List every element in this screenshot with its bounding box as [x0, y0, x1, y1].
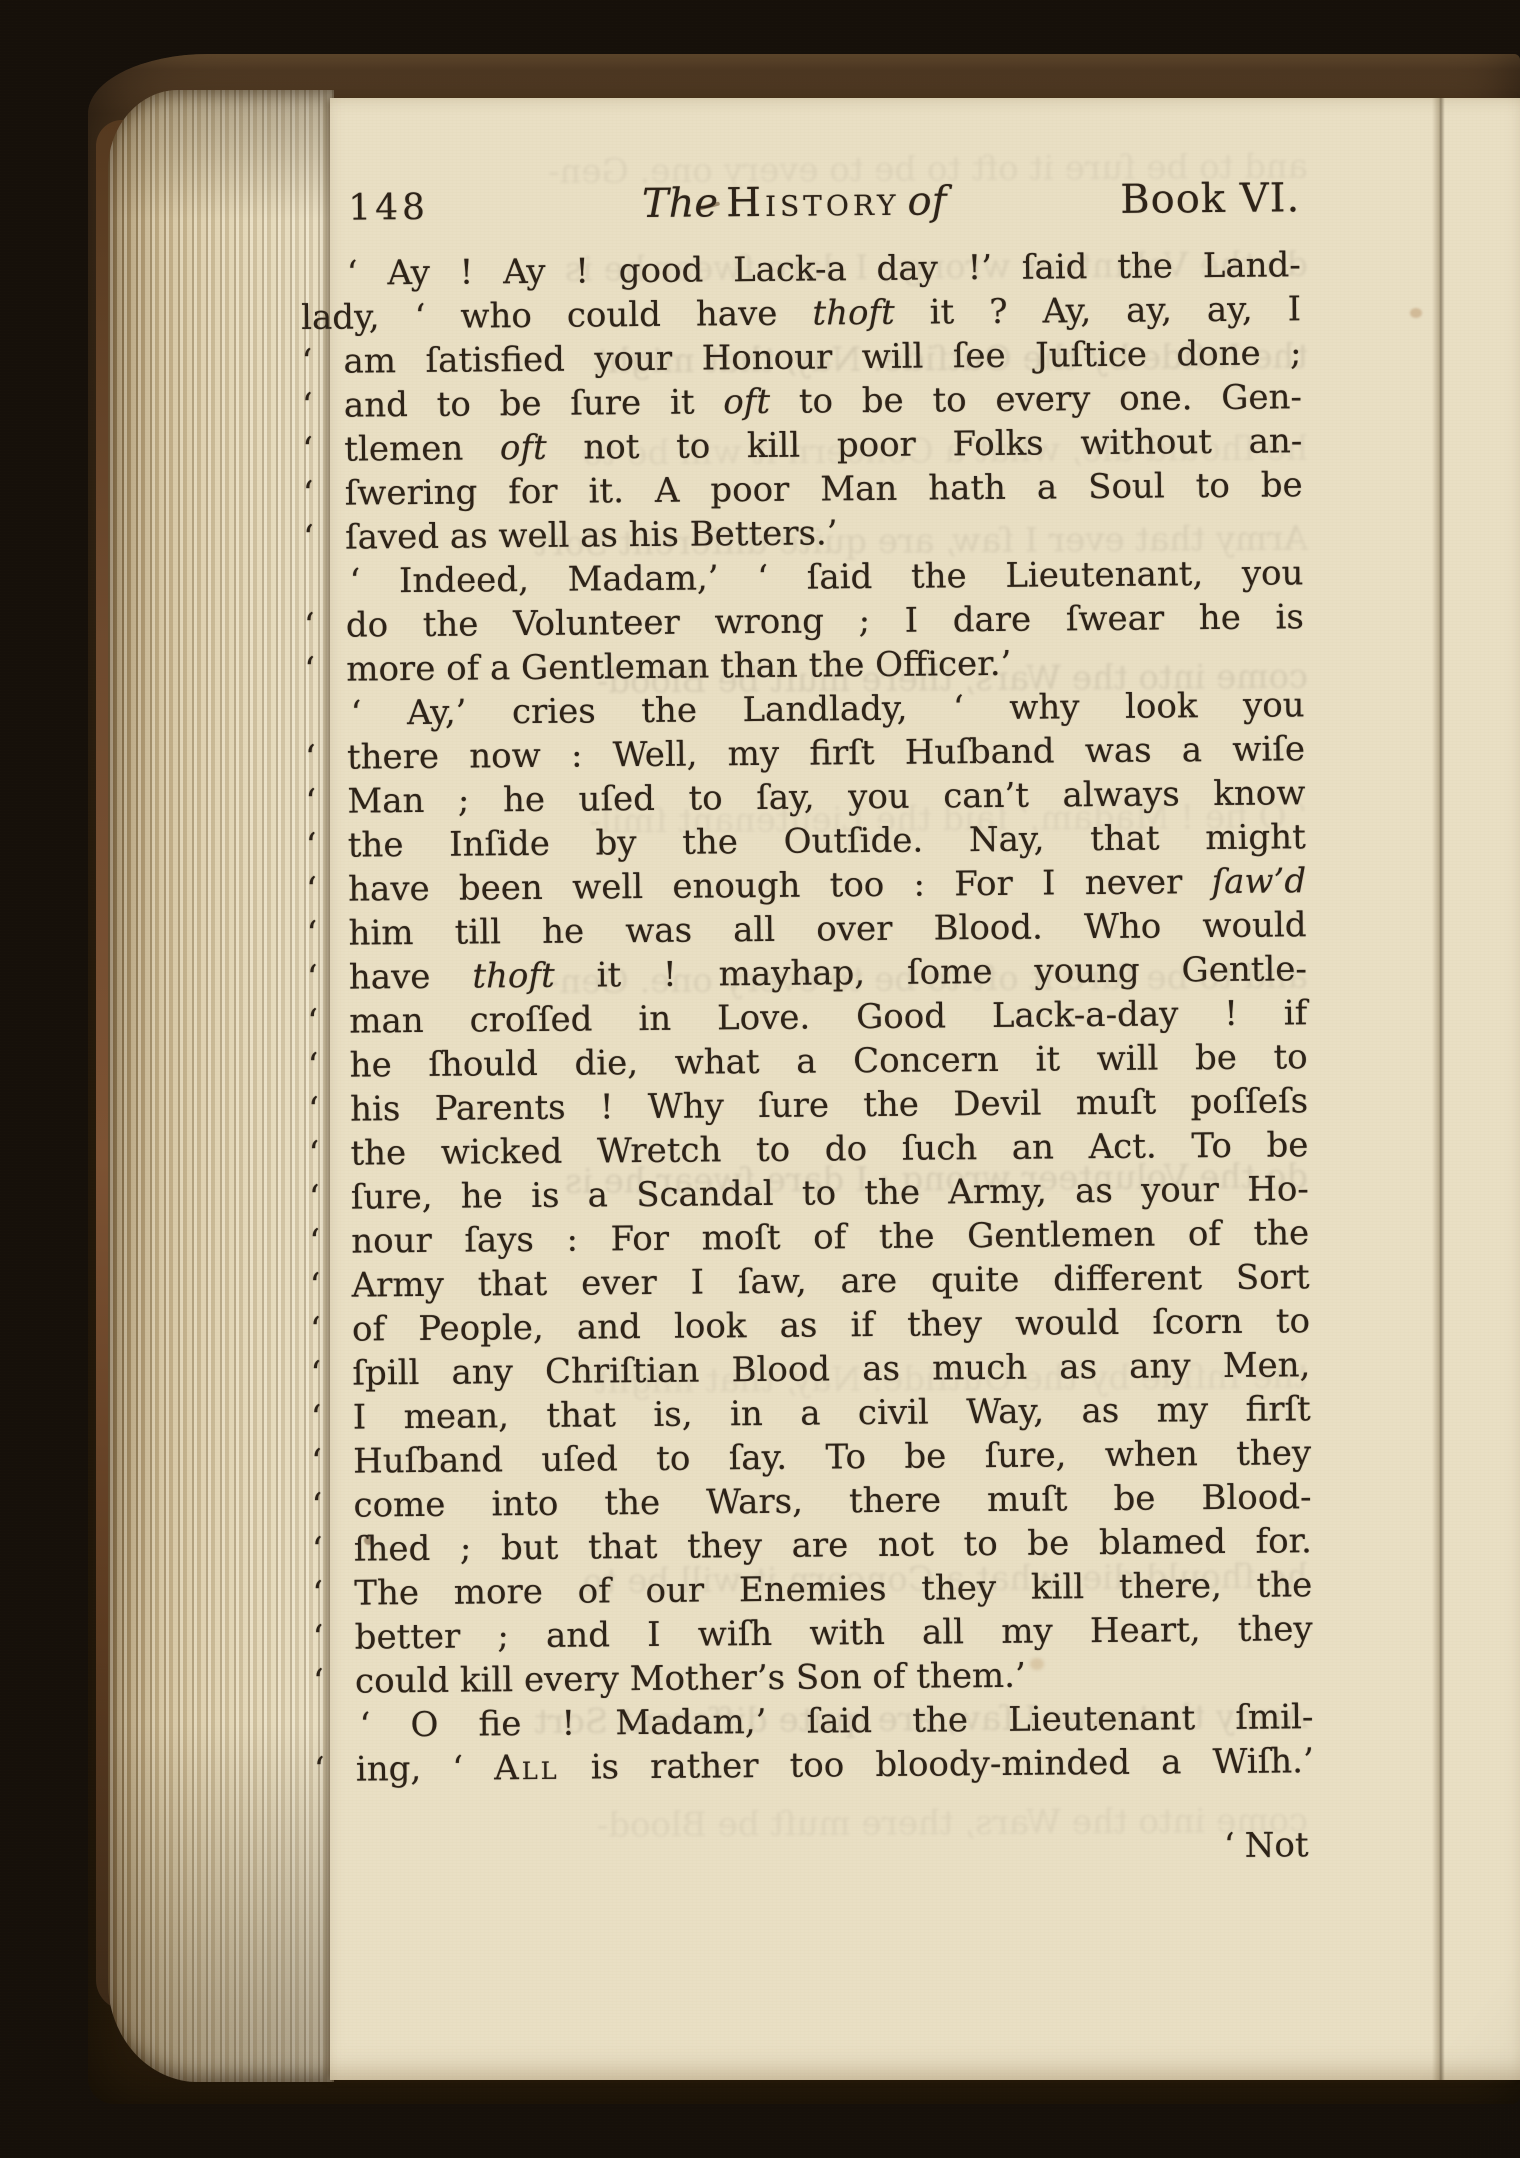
margin-quote-mark: ‘ [311, 1396, 353, 1440]
margin-quote-mark: ‘ [303, 472, 345, 516]
running-title: TheHistoryof [498, 175, 1090, 230]
running-title-the: The [642, 180, 719, 227]
margin-quote-mark: ‘ [311, 1440, 353, 1484]
page-text: 148 TheHistoryof Book VI. ‘ Ay ! Ay ! go… [300, 173, 1315, 1876]
margin-quote-mark: ‘ [310, 1308, 352, 1352]
margin-quote-mark: ‘ [306, 824, 348, 868]
margin-quote-mark: ‘ [304, 648, 346, 692]
foxing-spot [1410, 308, 1422, 318]
margin-quote-mark: ‘ [313, 1616, 355, 1660]
margin-quote-mark: ‘ [305, 736, 347, 780]
text-lines: ‘ Ay ! Ay ! good Lack-a day !’ ſaid the … [301, 243, 1314, 1792]
margin-quote-mark: ‘ [313, 1660, 355, 1704]
catchword-word: Not [1244, 1825, 1308, 1866]
margin-quote-mark: ‘ [307, 1000, 349, 1044]
text-line: ‘do the Volunteer wrong ; I dare ſwear h… [304, 595, 1304, 648]
margin-quote-mark: ‘ [309, 1264, 351, 1308]
page-crease [1432, 98, 1448, 2080]
margin-quote-mark: ‘ [302, 428, 344, 472]
book-number: Book VI. [1090, 173, 1300, 225]
margin-quote-mark: ‘ [308, 1044, 350, 1088]
margin-quote-mark: ‘ [309, 1220, 351, 1264]
margin-quote-mark: ‘ [307, 956, 349, 1000]
margin-quote-mark: ‘ [308, 1088, 350, 1132]
running-title-of: of [907, 178, 946, 224]
catchword-quote: ‘ [1224, 1826, 1235, 1866]
page-edge-stack [108, 90, 334, 2082]
page-number: 148 [300, 182, 498, 234]
margin-quote-mark: ‘ [310, 1352, 352, 1396]
running-header: 148 TheHistoryof Book VI. [300, 173, 1300, 234]
margin-quote-mark: ‘ [301, 340, 343, 384]
margin-quote-mark: ‘ [312, 1528, 354, 1572]
margin-quote-mark: ‘ [306, 912, 348, 956]
running-title-history: History [726, 179, 900, 227]
margin-quote-mark: ‘ [308, 1132, 350, 1176]
text-line: ‘ſwering for it. A poor Man hath a Soul … [303, 463, 1303, 516]
margin-quote-mark: ‘ [306, 868, 348, 912]
margin-quote-mark: ‘ [311, 1484, 353, 1528]
margin-quote-mark: ‘ [314, 1748, 356, 1792]
margin-quote-mark: ‘ [303, 516, 345, 560]
margin-quote-mark: ‘ [309, 1176, 351, 1220]
margin-quote-mark: ‘ [312, 1572, 354, 1616]
margin-quote-mark: ‘ [305, 780, 347, 824]
text-line: ‘ing, ‘ All is rather too bloody-minded … [314, 1739, 1314, 1792]
margin-quote-mark: ‘ [304, 604, 346, 648]
text-line: ‘better ; and I wiſh with all my Heart, … [313, 1607, 1313, 1660]
margin-quote-mark: ‘ [302, 384, 344, 428]
catchword: ‘Not [314, 1823, 1314, 1876]
book-scan: and to be ſure it oft to be to every one… [0, 0, 1520, 2158]
